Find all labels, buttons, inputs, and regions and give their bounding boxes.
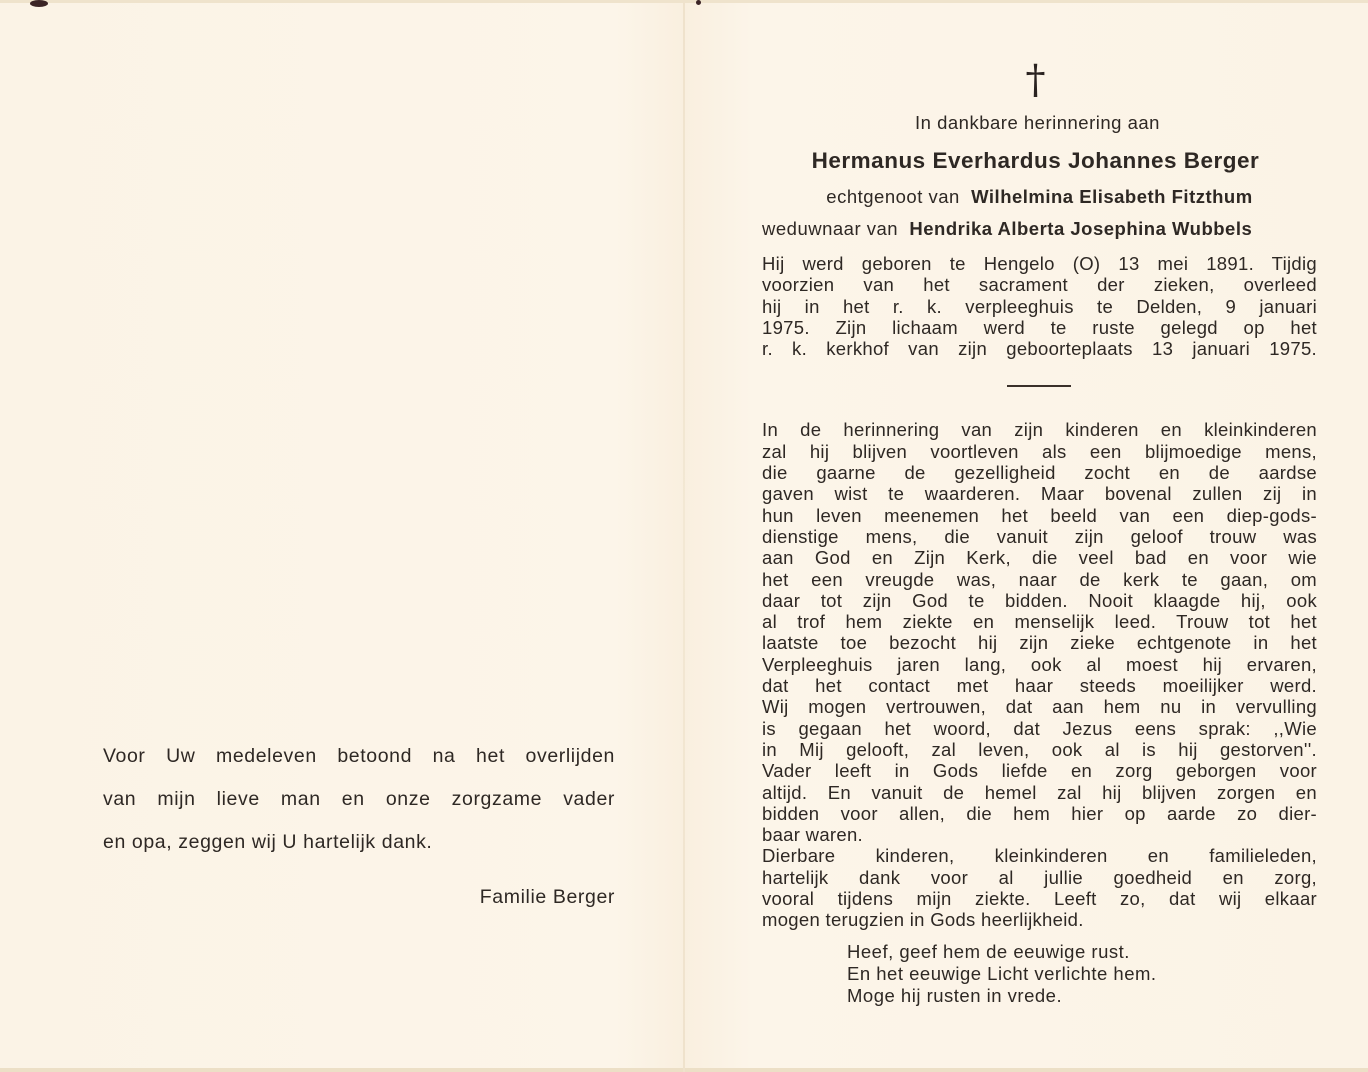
thanks-line: Voor Uw medeleven betoond na het overlij… xyxy=(103,735,615,778)
memory-line: laatste toe bezocht hij zijn zieke echtg… xyxy=(762,632,1317,653)
memory-line: Vader leeft in Gods liefde en zorg gebor… xyxy=(762,760,1317,781)
memorial-card: Voor Uw medeleven betoond na het overlij… xyxy=(0,0,1368,1072)
bio-line: 1975. Zijn lichaam werd te ruste gelegd … xyxy=(762,317,1317,338)
memory-line: altijd. En vanuit de hemel zal hij blijv… xyxy=(762,782,1317,803)
biography-paragraph: Hij werd geboren te Hengelo (O) 13 mei 1… xyxy=(762,253,1317,359)
spouse-name: Wilhelmina Elisabeth Fitzthum xyxy=(971,186,1253,207)
memory-line: aan God en Zijn Kerk, die veel bad en vo… xyxy=(762,547,1317,568)
memory-line: die gaarne de gezelligheid zocht en de a… xyxy=(762,462,1317,483)
memory-line: al trof hem ziekte en menselijk leed. Tr… xyxy=(762,611,1317,632)
prayer-line: Heef, geef hem de eeuwige rust. xyxy=(847,941,1317,963)
memory-line: dat het contact met haar steeds moeilijk… xyxy=(762,675,1317,696)
section-divider xyxy=(1007,385,1071,387)
widower-prefix: weduwnaar van xyxy=(762,218,898,239)
ink-spot xyxy=(30,0,48,7)
memory-line: bidden voor allen, die hem hier op aarde… xyxy=(762,803,1317,824)
signature: Familie Berger xyxy=(103,886,615,909)
farewell-line: Dierbare kinderen, kleinkinderen en fami… xyxy=(762,845,1317,866)
widower-line: weduwnaar van Hendrika Alberta Josephina… xyxy=(762,218,1317,240)
memorial-panel: † In dankbare herinnering aan Hermanus E… xyxy=(762,60,1317,1007)
memory-line: gaven wist te waarderen. Maar bovenal zu… xyxy=(762,483,1317,504)
farewell-line: hartelijk dank voor al jullie goedheid e… xyxy=(762,867,1317,888)
bio-line: Hij werd geboren te Hengelo (O) 13 mei 1… xyxy=(762,253,1317,274)
intro-text: In dankbare herinnering aan xyxy=(758,112,1317,134)
thanks-line: van mijn lieve man en onze zorgzame vade… xyxy=(103,778,615,821)
latin-cross-icon: † xyxy=(754,60,1317,100)
memory-line: dienstige mens, die vanuit zijn geloof t… xyxy=(762,526,1317,547)
memory-line: hun leven meenemen het beeld van een die… xyxy=(762,505,1317,526)
memory-line: daar tot zijn God te bidden. Nooit klaag… xyxy=(762,590,1317,611)
ink-spot xyxy=(696,0,701,5)
spouse-line: echtgenoot van Wilhelmina Elisabeth Fitz… xyxy=(762,186,1317,208)
bio-line: r. k. kerkhof van zijn geboorteplaats 13… xyxy=(762,338,1317,359)
card-fold-line xyxy=(683,0,685,1072)
prayer-block: Heef, geef hem de eeuwige rust.En het ee… xyxy=(847,941,1317,1007)
farewell-line: vooral tijdens mijn ziekte. Leeft zo, da… xyxy=(762,888,1317,909)
memory-line: in Mij gelooft, zal leven, ook al is hij… xyxy=(762,739,1317,760)
farewell-paragraph: Dierbare kinderen, kleinkinderen en fami… xyxy=(762,845,1317,930)
thanks-line: en opa, zeggen wij U hartelijk dank. xyxy=(103,821,615,864)
widower-name: Hendrika Alberta Josephina Wubbels xyxy=(909,218,1252,239)
memory-line: Verpleeghuis jaren lang, ook al moest hi… xyxy=(762,654,1317,675)
memory-line: is gegaan het woord, dat Jezus eens spra… xyxy=(762,718,1317,739)
prayer-line: En het eeuwige Licht verlichte hem. xyxy=(847,963,1317,985)
memory-paragraph: In de herinnering van zijn kinderen en k… xyxy=(762,419,1317,845)
memory-line: zal hij blijven voortleven als een blijm… xyxy=(762,441,1317,462)
memory-line: het een vreugde was, naar de kerk te gaa… xyxy=(762,569,1317,590)
farewell-line: mogen terugzien in Gods heerlijkheid. xyxy=(762,909,1317,930)
memory-line: In de herinnering van zijn kinderen en k… xyxy=(762,419,1317,440)
memory-line: Wij mogen vertrouwen, dat aan hem nu in … xyxy=(762,696,1317,717)
thank-you-panel: Voor Uw medeleven betoond na het overlij… xyxy=(103,735,615,909)
memory-line: baar waren. xyxy=(762,824,1317,845)
spouse-prefix: echtgenoot van xyxy=(826,186,960,207)
bio-line: voorzien van het sacrament der zieken, o… xyxy=(762,274,1317,295)
prayer-line: Moge hij rusten in vrede. xyxy=(847,985,1317,1007)
bio-line: hij in het r. k. verpleeghuis te Delden,… xyxy=(762,296,1317,317)
deceased-name: Hermanus Everhardus Johannes Berger xyxy=(754,148,1317,174)
